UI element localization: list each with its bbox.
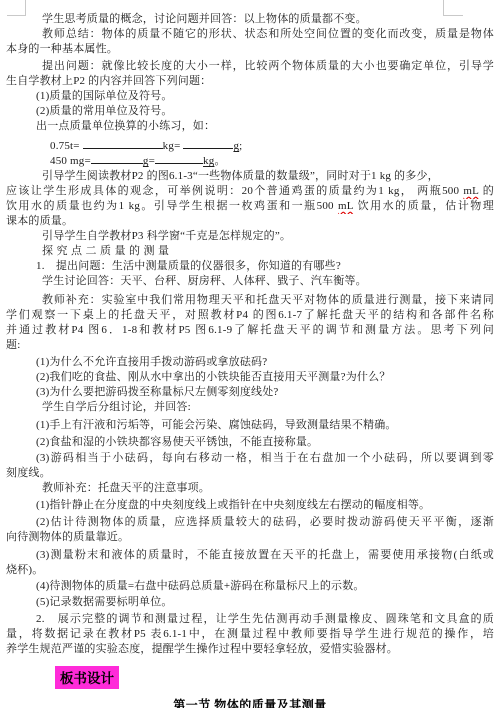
doc-line: (3)游码相当于小砝码，每向右移动一格，相当于在右盘加一个小砝码，所以要调到零: [6, 451, 494, 466]
doc-line: (1)质量的国际单位及符号。: [6, 89, 494, 104]
doc-line: (2)估计待测物体的质量，应选择质量较大的砝码，必要时拨动游码使天平平衡，逐渐: [6, 515, 494, 530]
text-segment: 本身的一种基本属性。: [6, 43, 118, 55]
text-segment: 向待测物体的质量靠近。: [6, 531, 129, 543]
text-segment: 学生思考质量的概念，讨论问题并回答：以上物体的质量都不变。: [42, 13, 367, 25]
text-segment: 450 mg=: [50, 155, 91, 167]
text-segment: 饮用水的质量，估计物理: [353, 200, 494, 212]
text-segment: 出一点质量单位换算的小练习，如：: [36, 120, 215, 132]
text-segment: 2. 展示完整的调节和测量过程，让学生先估测再动手测量橡皮、圆珠笔和文具盒的质: [36, 613, 494, 625]
fill-in-blank-line: [155, 152, 203, 164]
fill-in-blank-line: [91, 152, 143, 164]
doc-line: (3)测量粉末和液体的质量时，不能直接放置在天平的托盘上，需要使用承接物(白纸或: [6, 548, 494, 563]
text-segment: 教师补充：实验室中我们常用物理天平和托盘天平对物体的质量进行测量，接下来请同: [42, 294, 494, 306]
text-segment: (2)质量的常用单位及符号。: [36, 105, 173, 117]
text-segment: kg: [203, 155, 214, 167]
text-segment: 引导学生自学教材P3 科学窗“千克是怎样规定的”。: [42, 230, 291, 242]
doc-line: (5)记录数据需要标明单位。: [6, 595, 494, 610]
text-segment: 并通过教材P4 图6．1-8和教材P5 图6.1-9了解托盘天平的调节和测量方法…: [6, 324, 494, 336]
doc-line: 刻度线。: [6, 466, 494, 481]
doc-line: 教师补充：实验室中我们常用物理天平和托盘天平对物体的质量进行测量，接下来请同: [6, 293, 494, 308]
text-segment: ;: [239, 140, 242, 152]
doc-line: 烧杯)。: [6, 563, 494, 578]
text-segment: (3)测量粉末和液体的质量时，不能直接放置在天平的托盘上，需要使用承接物(白纸或: [36, 549, 494, 561]
text-lines: 学生思考质量的概念，讨论问题并回答：以上物体的质量都不变。教师总结：物体的质量不…: [6, 12, 494, 657]
text-segment: 0.75t=: [50, 140, 83, 152]
doc-line: (1)手上有汗液和污垢等，可能会污染、腐蚀砝码，导致测量结果不精确。: [6, 418, 494, 433]
text-segment: 的: [479, 185, 494, 197]
doc-line: 饮用水的质量也约为1 kg。引导学生根据一枚鸡蛋和一瓶500 mL 饮用水的质量…: [6, 199, 494, 214]
text-segment: (2)食盐和湿的小铁块都容易使天平锈蚀，不能直接称量。: [36, 436, 318, 448]
text-segment: 烧杯)。: [6, 564, 43, 576]
doc-line: 教师补充：托盘天平的注意事项。: [6, 481, 494, 496]
doc-line: 出一点质量单位换算的小练习，如：: [6, 119, 494, 134]
text-segment: 刻度线。: [6, 467, 51, 479]
doc-line: (2)食盐和湿的小铁块都容易使天平锈蚀，不能直接称量。: [6, 435, 494, 450]
text-segment: 探究点二质量的测量: [42, 245, 173, 257]
text-segment: 应该让学生形成具体的观念，可举例说明：20个普通鸡蛋的质量约为1 kg， 两瓶5…: [6, 185, 463, 197]
doc-line: 教师总结：物体的质量不随它的形状、状态和所处空间位置的变化而改变，质量是物体: [6, 27, 494, 42]
doc-line: 题:: [6, 338, 494, 353]
doc-line: 0.75t= kg= g;: [6, 137, 494, 152]
doc-line: 生自学教材上P2 的内容并回答下列问题：: [6, 74, 494, 89]
spellcheck-flagged-text: mL: [338, 200, 353, 212]
doc-line: 并通过教材P4 图6．1-8和教材P5 图6.1-9了解托盘天平的调节和测量方法…: [6, 323, 494, 338]
doc-line: 提出问题：就像比较长度的大小一样，比较两个物体质量的大小也要确定单位，引导学: [6, 59, 494, 74]
doc-line: 2. 展示完整的调节和测量过程，让学生先估测再动手测量橡皮、圆珠笔和文具盒的质: [6, 612, 494, 627]
text-segment: (5)记录数据需要标明单位。: [36, 596, 173, 608]
text-segment: (1)指针静止在分度盘的中央刻度线上或指针在中央刻度线左右摆动的幅度相等。: [36, 499, 430, 511]
doc-line: 学生思考质量的概念，讨论问题并回答：以上物体的质量都不变。: [6, 12, 494, 27]
text-segment: (3)为什么要把游码拨至称量标尺左侧零刻度线处?: [36, 386, 279, 398]
doc-line: 应该让学生形成具体的观念，可举例说明：20个普通鸡蛋的质量约为1 kg， 两瓶5…: [6, 184, 494, 199]
doc-line: 引导学生自学教材P3 科学窗“千克是怎样规定的”。: [6, 229, 494, 244]
fill-in-blank-line: [83, 137, 163, 149]
text-segment: (1)为什么不允许直接用手拨动游码或拿放砝码?: [36, 356, 267, 368]
text-segment: 1. 提出问题：生活中测量质量的仪器很多，你知道的有哪些?: [36, 260, 341, 272]
doc-line: 探究点二质量的测量: [6, 244, 494, 259]
text-segment: (1)质量的国际单位及符号。: [36, 90, 173, 102]
board-design-heading: 板书设计: [55, 666, 119, 689]
text-segment: (2)我们吃的食盐、刚从水中拿出的小铁块能否直接用天平测量?为什么？: [36, 371, 391, 383]
doc-line: (4)待测物体的质量=右盘中砝码总质量+游码在称量标尺上的示数。: [6, 579, 494, 594]
doc-line: (1)指针静止在分度盘的中央刻度线上或指针在中央刻度线左右摆动的幅度相等。: [6, 498, 494, 513]
doc-line: 1. 提出问题：生活中测量质量的仪器很多，你知道的有哪些?: [6, 259, 494, 274]
doc-line: 向待测物体的质量靠近。: [6, 530, 494, 545]
text-segment: (2)估计待测物体的质量，应选择质量较大的砝码，必要时拨动游码使天平平衡，逐渐: [36, 516, 494, 528]
doc-line: (1)为什么不允许直接用手拨动游码或拿放砝码?: [6, 355, 494, 370]
text-segment: 饮用水的质量也约为1 kg。引导学生根据一枚鸡蛋和一瓶500: [6, 200, 338, 212]
text-segment: kg=: [163, 140, 184, 152]
text-segment: (4)待测物体的质量=右盘中砝码总质量+游码在称量标尺上的示数。: [36, 580, 365, 592]
spellcheck-flagged-text: mL: [463, 185, 478, 197]
doc-line: (2)质量的常用单位及符号。: [6, 104, 494, 119]
text-segment: 养学生规范严谨的实验态度，提醒学生操作过程中要轻拿轻放，爱惜实验器材。: [6, 643, 398, 655]
text-segment: 课本的质量。: [6, 215, 73, 227]
doc-line: 引导学生阅读教材P2 的图6.1-3“一些物体质量的数量级”，同时对于1 kg …: [6, 169, 494, 184]
text-segment: 教师总结：物体的质量不随它的形状、状态和所处空间位置的变化而改变，质量是物体: [42, 28, 494, 40]
doc-line: (3)为什么要把游码拨至称量标尺左侧零刻度线处?: [6, 385, 494, 400]
doc-line: 课本的质量。: [6, 214, 494, 229]
text-segment: 量，将数据记录在教材P5 表6.1-1中，在测量过程中教师要指导学生进行规范的操…: [6, 628, 494, 640]
document-body: 学生思考质量的概念，讨论问题并回答：以上物体的质量都不变。教师总结：物体的质量不…: [6, 12, 494, 708]
doc-line: 学生自学后分组讨论，并回答:: [6, 400, 494, 415]
fill-in-blank-line: [183, 137, 233, 149]
text-segment: 学生讨论回答：天平、台秤、厨房秤、人体秤、戥子、汽车衡等。: [42, 275, 367, 287]
doc-line: 450 mg=g=kg。: [6, 152, 494, 167]
text-segment: 题:: [6, 339, 20, 351]
text-segment: 提出问题：就像比较长度的大小一样，比较两个物体质量的大小也要确定单位，引导学: [42, 60, 494, 72]
section-title: 第一节 物体的质量及其测量: [6, 696, 494, 708]
text-segment: 生自学教材上P2 的内容并回答下列问题：: [6, 75, 211, 87]
text-segment: (3)游码相当于小砝码，每向右移动一格，相当于在右盘加一个小砝码，所以要调到零: [36, 452, 494, 464]
text-segment: 。: [214, 155, 225, 167]
text-segment: (1)手上有汗液和污垢等，可能会污染、腐蚀砝码，导致测量结果不精确。: [36, 419, 397, 431]
text-segment: 学们观察一下桌上的托盘天平，对照教材P4 的图6.1-7了解托盘天平的结构和各部…: [6, 309, 494, 321]
text-segment: 学生自学后分组讨论，并回答:: [42, 401, 191, 413]
text-segment: 教师补充：托盘天平的注意事项。: [42, 482, 210, 494]
doc-line: 量，将数据记录在教材P5 表6.1-1中，在测量过程中教师要指导学生进行规范的操…: [6, 627, 494, 642]
doc-line: (2)我们吃的食盐、刚从水中拿出的小铁块能否直接用天平测量?为什么？: [6, 370, 494, 385]
doc-line: 学们观察一下桌上的托盘天平，对照教材P4 的图6.1-7了解托盘天平的结构和各部…: [6, 308, 494, 323]
doc-line: 学生讨论回答：天平、台秤、厨房秤、人体秤、戥子、汽车衡等。: [6, 274, 494, 289]
text-segment: 引导学生阅读教材P2 的图6.1-3“一些物体质量的数量级”，同时对于1 kg …: [42, 170, 439, 182]
doc-line: 养学生规范严谨的实验态度，提醒学生操作过程中要轻拿轻放，爱惜实验器材。: [6, 642, 494, 657]
document-page: { "document": { "highlight_color": "#ff2…: [0, 0, 504, 708]
doc-line: 本身的一种基本属性。: [6, 42, 494, 57]
